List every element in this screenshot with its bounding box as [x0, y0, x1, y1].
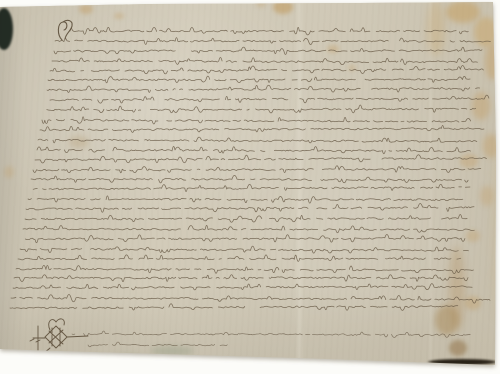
manuscript-text-line: [26, 203, 474, 212]
manuscript-text-line: [33, 184, 470, 191]
manuscript-text-line: [25, 214, 467, 222]
parchment-sheet: [0, 0, 500, 374]
manuscript-text-line: [25, 234, 465, 242]
manuscript-text-line: [70, 27, 468, 35]
manuscript-text-line: [47, 85, 480, 92]
parchment-shadow-wrap: [0, 0, 500, 374]
manuscript-text-line: [50, 66, 483, 74]
manuscript-text-line: [47, 105, 476, 113]
manuscript-text-line: [13, 284, 472, 290]
manuscript-text-line: [28, 196, 463, 203]
initial-letter-flourish: [58, 20, 72, 40]
manuscript-text-line: [42, 117, 471, 124]
stain: [112, 353, 144, 361]
signature-text-line: [88, 342, 232, 347]
manuscript-text-line: [11, 294, 496, 303]
ink-layer: [0, 0, 500, 374]
manuscript-photo: [0, 0, 500, 374]
manuscript-text-line: [20, 246, 469, 253]
manuscript-text-line: [33, 166, 481, 173]
manuscript-text-line: [10, 304, 458, 311]
manuscript-text-line: [16, 265, 473, 273]
manuscript-text-line: [18, 255, 461, 262]
notarial-sign-knot: [30, 319, 88, 352]
manuscript-text-line: [14, 275, 468, 282]
signature-text-line: [72, 331, 470, 337]
manuscript-text-line: [38, 137, 477, 143]
manuscript-text-line: [48, 76, 470, 83]
manuscript-text-line: [37, 146, 471, 153]
manuscript-text-line: [54, 47, 482, 54]
manuscript-text-line: [31, 175, 474, 182]
manuscript-text-line: [35, 155, 486, 163]
manuscript-text-line: [23, 225, 474, 232]
manuscript-text-line: [52, 57, 477, 64]
manuscript-text-line: [50, 95, 489, 103]
manuscript-text-line: [55, 38, 490, 45]
manuscript-text-line: [40, 125, 484, 132]
